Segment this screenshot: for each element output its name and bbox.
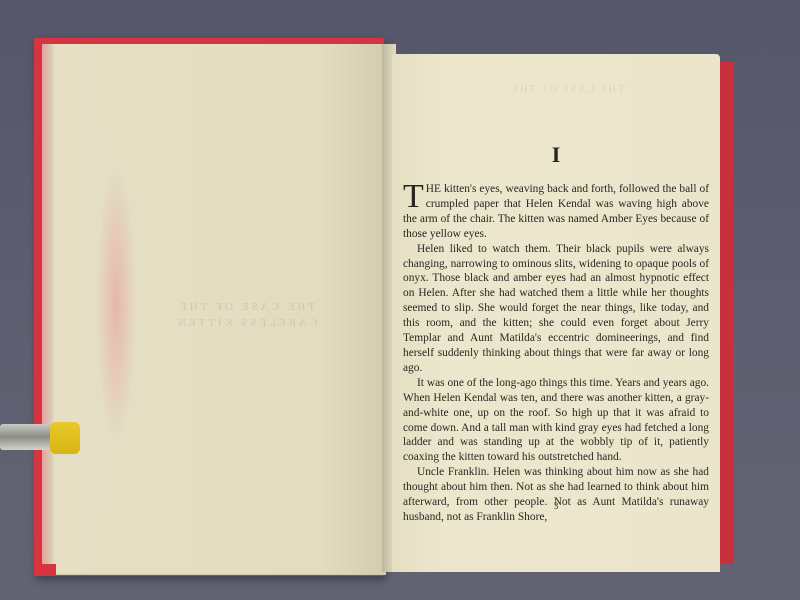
paragraph-4: Uncle Franklin. Helen was thinking about… — [403, 465, 709, 525]
show-through-title-line1: THE CASE OF THE — [156, 299, 336, 315]
binder-clip — [0, 418, 80, 456]
endpaper — [42, 44, 56, 564]
left-page: THE CASE OF THE CARELESS KITTEN — [56, 44, 386, 575]
paragraph-1-text: HE kitten's eyes, weaving back and forth… — [403, 183, 709, 240]
drop-cap: T — [403, 184, 424, 210]
chapter-number: I — [392, 142, 720, 168]
page-number: 3 — [392, 501, 720, 511]
paragraph-3: It was one of the long-ago things this t… — [403, 376, 709, 465]
chapter-body: THE kitten's eyes, weaving back and fort… — [403, 182, 709, 525]
paragraph-1: THE kitten's eyes, weaving back and fort… — [403, 182, 709, 242]
show-through-title-line2: CARELESS KITTEN — [156, 315, 336, 331]
show-through-header: THE CASE OF THE — [452, 84, 682, 95]
clip-yellow-cap — [50, 422, 80, 454]
clip-metal-jaw — [0, 424, 56, 450]
book-cover-right-edge — [720, 62, 734, 564]
paragraph-2: Helen liked to watch them. Their black p… — [403, 242, 709, 376]
show-through-title: THE CASE OF THE CARELESS KITTEN — [156, 299, 336, 331]
page-stain — [96, 164, 136, 444]
right-page: THE CASE OF THE I THE kitten's eyes, wea… — [392, 54, 720, 572]
